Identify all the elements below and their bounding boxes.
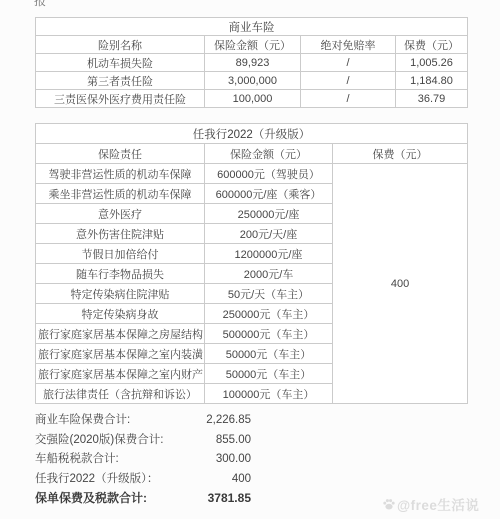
- table-cell: 50元/天（车主）: [205, 284, 333, 304]
- table-cell: 600000元/座（乘客）: [205, 184, 333, 204]
- paw-icon: [382, 497, 396, 511]
- summary-label: 商业车险保费合计:: [35, 411, 130, 431]
- table-cell: 特定传染病身故: [36, 304, 205, 324]
- summary-label: 交强险(2020版)保费合计:: [35, 431, 163, 451]
- column-header: 绝对免赔率: [301, 36, 396, 54]
- table-cell: 意外医疗: [36, 204, 205, 224]
- summary-label: 车船税税款合计:: [35, 450, 119, 470]
- column-header: 保险责任: [36, 144, 205, 164]
- merged-premium-cell: 400: [333, 164, 468, 404]
- table-cell: 100,000: [205, 90, 301, 108]
- table-cell: 500000元（车主）: [205, 324, 333, 344]
- table-cell: /: [301, 72, 396, 90]
- table-cell: 随车行李物品损失: [36, 264, 205, 284]
- table-cell: 旅行家庭家居基本保障之房屋结构: [36, 324, 205, 344]
- summary-label: 任我行2022（升级版）：: [35, 470, 158, 490]
- table-cell: 1,005.26: [396, 54, 468, 72]
- table-cell: 旅行家庭家居基本保障之室内财产: [36, 364, 205, 384]
- commercial-table-body: 机动车损失险89,923/1,005.26第三者责任险3,000,000/1,1…: [36, 54, 468, 108]
- table-title-row: 任我行2022（升级版）: [36, 124, 468, 144]
- table-cell: 600000元（驾驶员）: [205, 164, 333, 184]
- table-header-row: 险别名称 保险金额（元） 绝对免赔率 保费（元）: [36, 36, 468, 54]
- summary-row: 300.00车船税税款合计:: [35, 450, 295, 470]
- table-cell: 旅行法律责任（含抗辩和诉讼）: [36, 384, 205, 404]
- table-cell: 2000元/车: [205, 264, 333, 284]
- premium-summary: 2,226.85商业车险保费合计:855.00交强险(2020版)保费合计:30…: [35, 411, 295, 509]
- watermark-text: @free生活说: [397, 494, 479, 514]
- column-header: 险别名称: [36, 36, 205, 54]
- commercial-table-title: 商业车险: [36, 18, 468, 36]
- table-cell: 100000元（车主）: [205, 384, 333, 404]
- table-cell: /: [301, 90, 396, 108]
- table-cell: 驾驶非营运性质的机动车保障: [36, 164, 205, 184]
- table-row: 三责医保外医疗费用责任险100,000/36.79: [36, 90, 468, 108]
- partial-top-text: 报: [34, 0, 46, 9]
- column-header: 保费（元）: [396, 36, 468, 54]
- table-cell: 三责医保外医疗费用责任险: [36, 90, 205, 108]
- table-cell: 特定传染病住院津贴: [36, 284, 205, 304]
- table-cell: 200元/天/座: [205, 224, 333, 244]
- table-title-row: 商业车险: [36, 18, 468, 36]
- table-cell: 250000元/座: [205, 204, 333, 224]
- table-cell: 旅行家庭家居基本保障之室内装潢: [36, 344, 205, 364]
- table-cell: 3,000,000: [205, 72, 301, 90]
- table-cell: 机动车损失险: [36, 54, 205, 72]
- table-cell: 意外伤害住院津贴: [36, 224, 205, 244]
- table-cell: 第三者责任险: [36, 72, 205, 90]
- summary-row: 2,226.85商业车险保费合计:: [35, 411, 295, 431]
- summary-row: 400任我行2022（升级版）：: [35, 470, 295, 490]
- table-row: 驾驶非营运性质的机动车保障600000元（驾驶员）400: [36, 164, 468, 184]
- summary-label: 保单保费及税款合计:: [35, 489, 147, 509]
- table-cell: 89,923: [205, 54, 301, 72]
- renwoxing-table-title: 任我行2022（升级版）: [36, 124, 468, 144]
- table-cell: 节假日加倍给付: [36, 244, 205, 264]
- table-header-row: 保险责任 保险金额（元） 保费（元）: [36, 144, 468, 164]
- column-header: 保费（元）: [333, 144, 468, 164]
- table-cell: 50000元（车主）: [205, 344, 333, 364]
- column-header: 保险金额（元）: [205, 144, 333, 164]
- summary-row: 3781.85保单保费及税款合计:: [35, 489, 295, 509]
- table-row: 第三者责任险3,000,000/1,184.80: [36, 72, 468, 90]
- column-header: 保险金额（元）: [205, 36, 301, 54]
- table-cell: 50000元（车主）: [205, 364, 333, 384]
- renwoxing-table-body: 驾驶非营运性质的机动车保障600000元（驾驶员）400乘坐非营运性质的机动车保…: [36, 164, 468, 404]
- renwoxing-rider-table: 任我行2022（升级版） 保险责任 保险金额（元） 保费（元） 驾驶非营运性质的…: [35, 123, 468, 404]
- table-cell: /: [301, 54, 396, 72]
- table-cell: 乘坐非营运性质的机动车保障: [36, 184, 205, 204]
- commercial-insurance-table: 商业车险 险别名称 保险金额（元） 绝对免赔率 保费（元） 机动车损失险89,9…: [35, 17, 468, 108]
- watermark: @free生活说: [382, 494, 479, 514]
- table-cell: 36.79: [396, 90, 468, 108]
- table-cell: 1,184.80: [396, 72, 468, 90]
- table-cell: 250000元（车主）: [205, 304, 333, 324]
- table-cell: 1200000元/座: [205, 244, 333, 264]
- table-row: 机动车损失险89,923/1,005.26: [36, 54, 468, 72]
- summary-row: 855.00交强险(2020版)保费合计:: [35, 431, 295, 451]
